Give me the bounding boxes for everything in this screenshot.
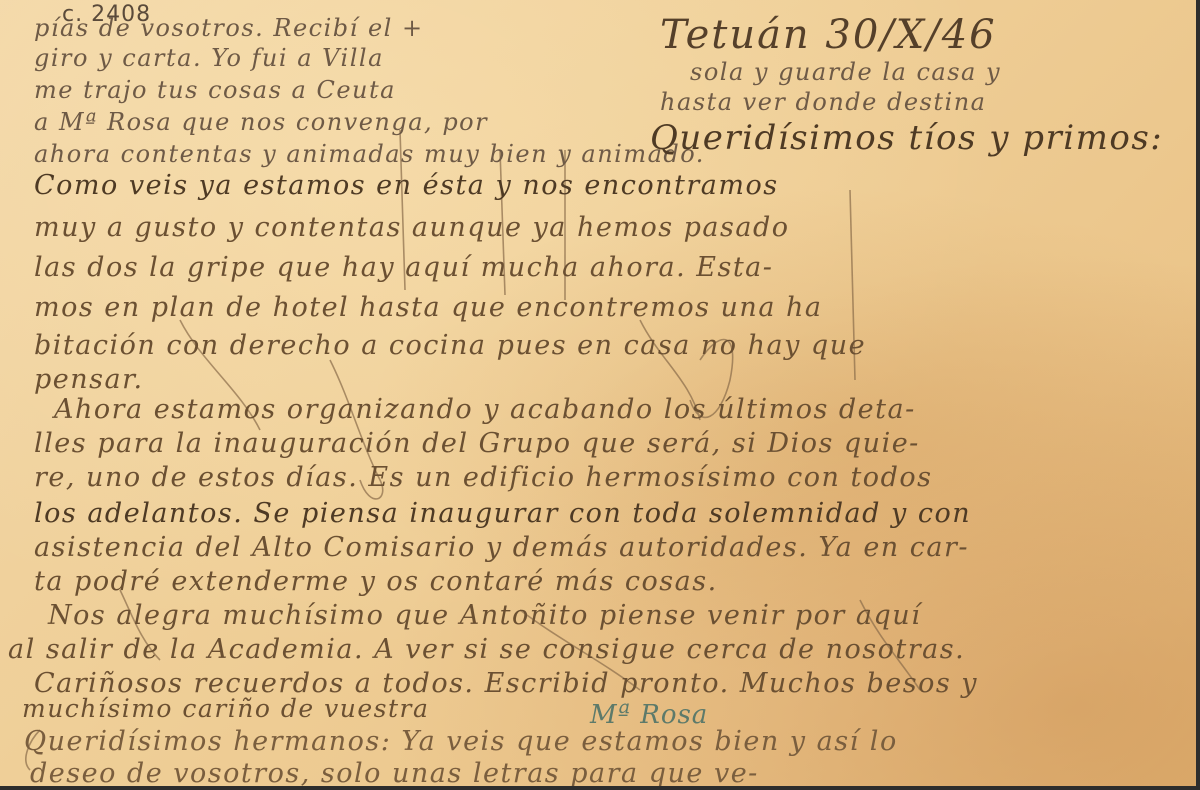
postcard: c. 2408 Tetuán 30/X/46 pías de vosotros.… (0, 0, 1200, 790)
body-line: muchísimo cariño de vuestra (22, 694, 429, 723)
body-line: re, uno de estos días. Es un edificio he… (34, 462, 932, 493)
crosswritten-line: a Mª Rosa que nos convenga, por (34, 108, 488, 136)
body-line: los adelantos. Se piensa inaugurar con t… (34, 498, 971, 529)
crosswritten-line: pías de vosotros. Recibí el + (34, 14, 424, 42)
body-line: Nos alegra muchísimo que Antoñito piense… (48, 600, 921, 631)
postscript-line: Queridísimos hermanos: Ya veis que estam… (24, 726, 898, 757)
crosswritten-line: me trajo tus cosas a Ceuta (34, 76, 396, 104)
body-line: las dos la gripe que hay aquí mucha ahor… (34, 252, 773, 283)
body-line: ta podré extenderme y os contaré más cos… (34, 566, 718, 597)
body-line: bitación con derecho a cocina pues en ca… (34, 330, 866, 361)
body-line: Ahora estamos organizando y acabando los… (54, 394, 916, 425)
postscript-line: deseo de vosotros, solo unas letras para… (30, 758, 759, 789)
dateline: Tetuán 30/X/46 (660, 12, 997, 58)
body-line: lles para la inauguración del Grupo que … (34, 428, 920, 459)
greeting: Queridísimos tíos y primos: (650, 118, 1163, 158)
crosswritten-line: sola y guarde la casa y (690, 58, 1001, 86)
body-line: Como veis ya estamos en ésta y nos encon… (34, 170, 779, 201)
crosswritten-line: giro y carta. Yo fui a Villa (34, 44, 384, 72)
body-line: asistencia del Alto Comisario y demás au… (34, 532, 969, 563)
crosswritten-line: hasta ver donde destina (660, 88, 986, 116)
crosswritten-line: ahora contentas y animadas muy bien y an… (34, 140, 705, 168)
body-line: al salir de la Academia. A ver si se con… (8, 634, 965, 665)
body-line: mos en plan de hotel hasta que encontrem… (34, 292, 823, 323)
body-line: pensar. (34, 364, 144, 395)
body-line: muy a gusto y contentas aunque ya hemos … (34, 212, 790, 243)
